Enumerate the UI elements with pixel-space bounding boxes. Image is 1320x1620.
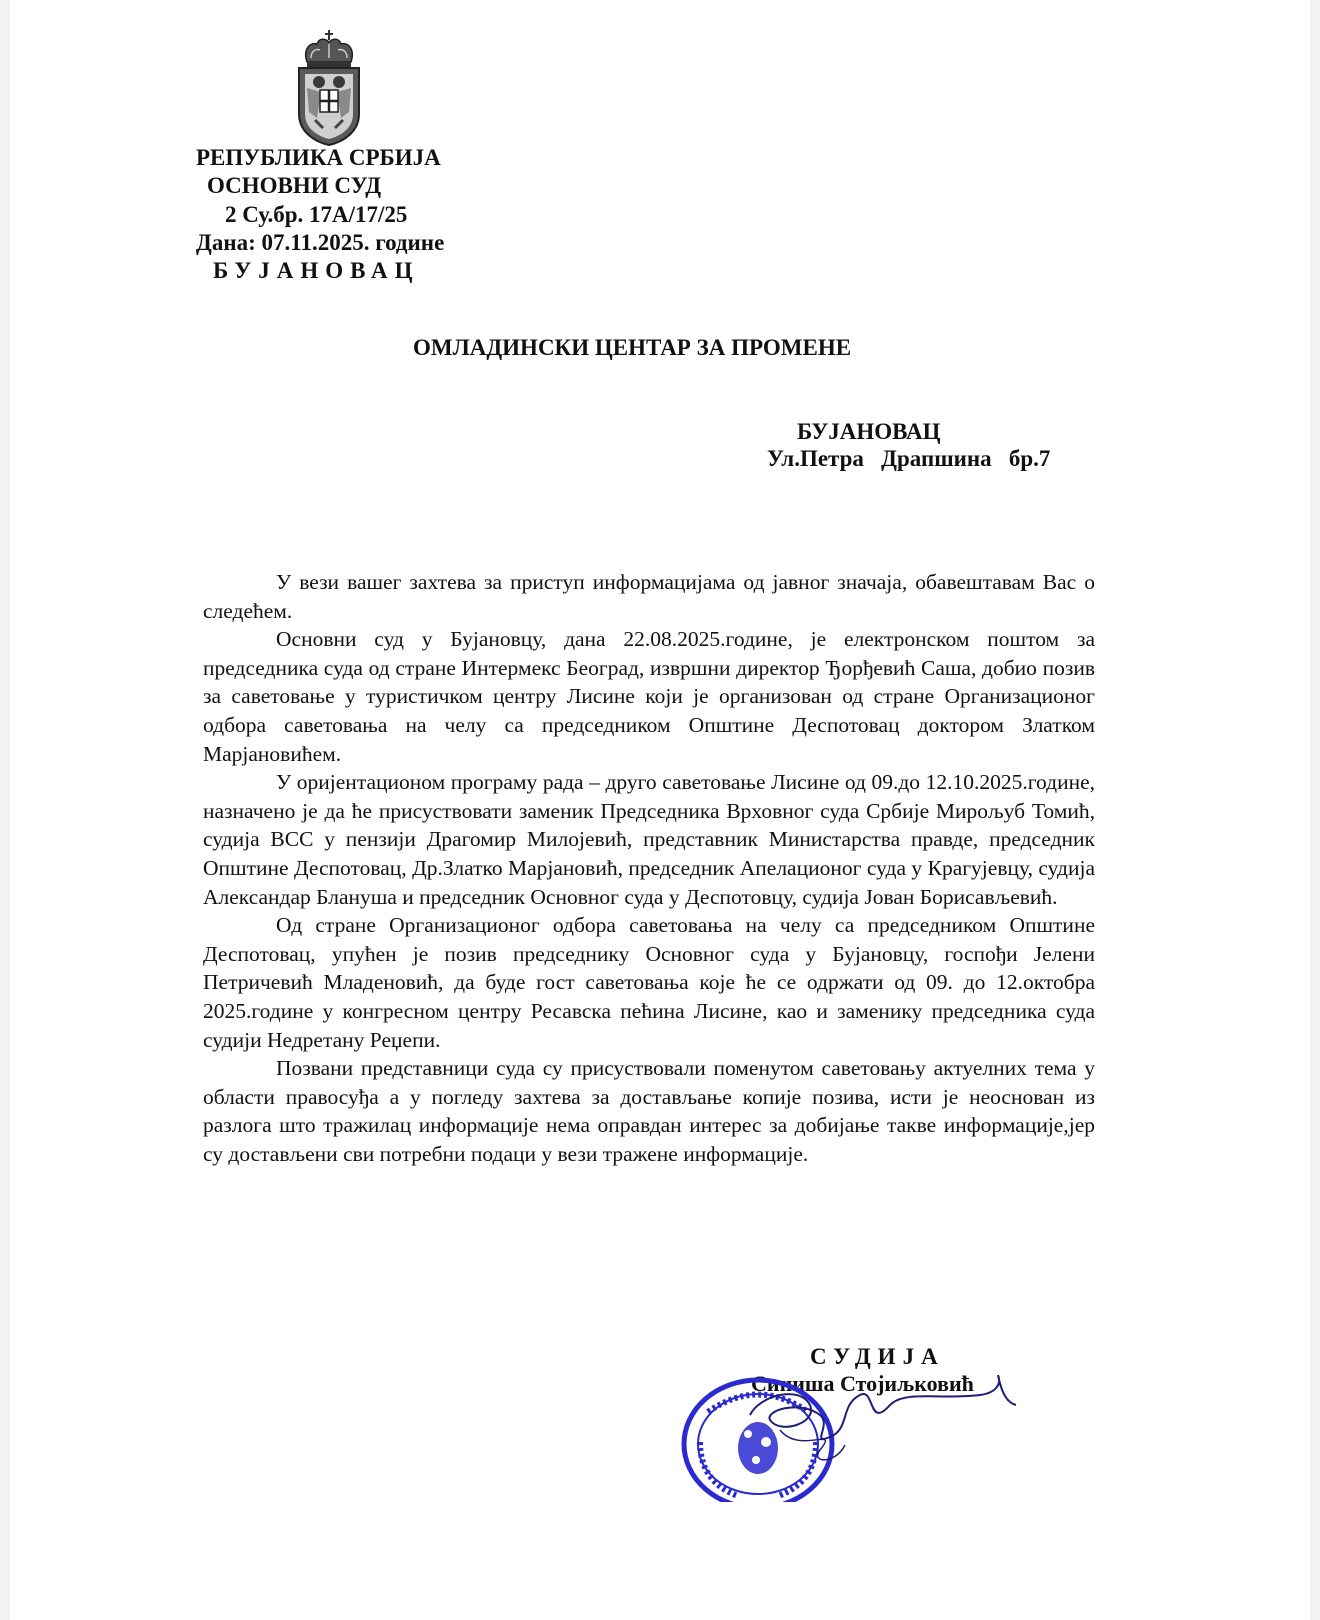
serbian-coat-of-arms-icon xyxy=(293,28,365,146)
header-case-number: 2 Су.бр. 17А/17/25 xyxy=(225,200,407,230)
paragraph-4: Од стране Организационог одбора саветова… xyxy=(203,911,1095,1054)
letter-body: У вези вашег захтева за приступ информац… xyxy=(203,568,1095,1168)
header-date: Дана: 07.11.2025. године xyxy=(196,228,444,258)
handwritten-signature-icon xyxy=(740,1375,1020,1475)
document-page: РЕПУБЛИКА СРБИЈА ОСНОВНИ СУД 2 Су.бр. 17… xyxy=(10,0,1310,1620)
recipient-city: БУЈАНОВАЦ xyxy=(797,419,941,445)
paragraph-1: У вези вашег захтева за приступ информац… xyxy=(203,568,1095,625)
header-city: БУЈАНОВАЦ xyxy=(213,256,420,286)
paragraph-5: Позвани представници суда су присуствова… xyxy=(203,1054,1095,1168)
header-country: РЕПУБЛИКА СРБИЈА xyxy=(196,143,441,173)
paragraph-2: Основни суд у Бујановцу, дана 22.08.2025… xyxy=(203,625,1095,768)
paragraph-3: У оријентационом програму рада – друго с… xyxy=(203,768,1095,911)
signature-title: СУДИЈА xyxy=(810,1344,945,1370)
recipient-address: Ул.Петра Драпшина бр.7 xyxy=(767,446,1050,472)
header-court: ОСНОВНИ СУД xyxy=(207,171,381,201)
recipient-name: ОМЛАДИНСКИ ЦЕНТАР ЗА ПРОМЕНЕ xyxy=(413,335,851,361)
